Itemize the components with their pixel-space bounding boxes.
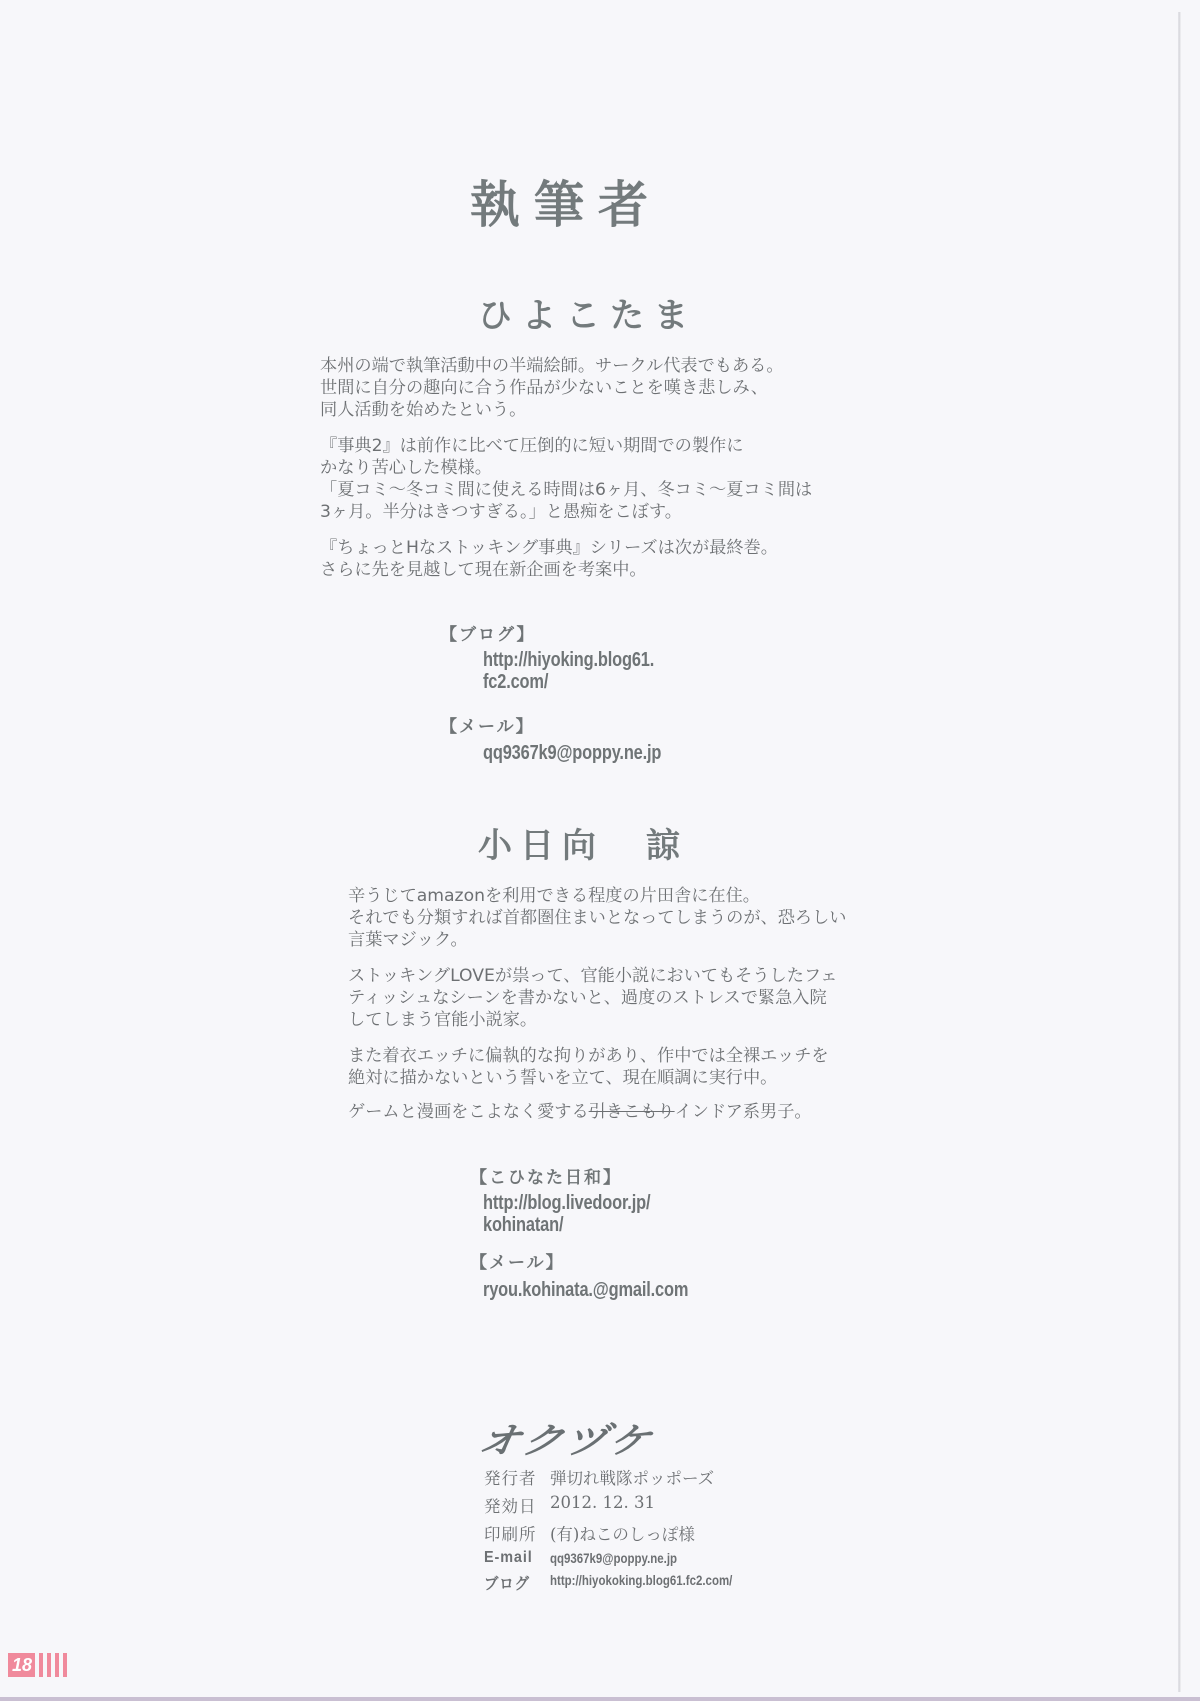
colophon-key: 発効日 [484, 1493, 540, 1517]
struck-text: 引きこもり [589, 1102, 675, 1122]
page-number-bar [63, 1653, 67, 1677]
author2-bio-last-paragraph: ゲームと漫画をこよなく愛する引きこもりインドア系男子。 [348, 1101, 928, 1123]
author2-bio-paragraph: また着衣エッチに偏執的な拘りがあり、作中では全裸エッチを 絶対に描かないという誓… [348, 1045, 928, 1089]
colophon: 発行者 弾切れ戦隊ポッポーズ 発効日 2012. 12. 31 印刷所 (有)ね… [484, 1465, 765, 1594]
colophon-row-publisher: 発行者 弾切れ戦隊ポッポーズ [484, 1465, 765, 1489]
author1-blog-link[interactable]: http://hiyoking.blog61. fc2.com/ [483, 649, 654, 693]
colophon-key: 印刷所 [484, 1521, 540, 1545]
author-name-hiyokotama: ひよこたま [478, 288, 698, 337]
colophon-value: (有)ねこのしっぽ様 [550, 1521, 695, 1545]
author1-blog-label: 【ブログ】 [440, 620, 536, 645]
author1-mail-label: 【メール】 [440, 712, 535, 737]
colophon-row-printer: 印刷所 (有)ねこのしっぽ様 [484, 1521, 765, 1545]
colophon-email-link[interactable]: qq9367k9@poppy.ne.jp [550, 1549, 677, 1567]
page-edge-right [1178, 12, 1181, 1692]
author1-bio-paragraph: 『ちょっとHなストッキング事典』シリーズは次が最終巻。 さらに先を見越して現在新… [320, 537, 880, 581]
author2-mail-link[interactable]: ryou.kohinata.@gmail.com [483, 1279, 688, 1301]
page-number-bar [47, 1653, 51, 1677]
author2-bio-paragraph: 辛うじてamazonを利用できる程度の片田舎に在住。 それでも分類すれば首都圏住… [348, 885, 928, 951]
page-number-bar [55, 1653, 59, 1677]
colophon-row-email: E-mail qq9367k9@poppy.ne.jp [484, 1549, 765, 1567]
author2-blog-link[interactable]: http://blog.livedoor.jp/ kohinatan/ [483, 1192, 650, 1236]
page-number-bar [39, 1653, 43, 1677]
author1-bio-paragraph: 『事典2』は前作に比べて圧倒的に短い期間での製作に かなり苦心した模様。 「夏コ… [320, 435, 880, 523]
author2-mail-label: 【メール】 [470, 1248, 565, 1273]
author1-bio-paragraph: 本州の端で執筆活動中の半端絵師。サークル代表でもある。 世間に自分の趣向に合う作… [320, 355, 880, 421]
colophon-key: ブログ [484, 1571, 534, 1594]
author1-mail-link[interactable]: qq9367k9@poppy.ne.jp [483, 742, 661, 764]
colophon-value: 弾切れ戦隊ポッポーズ [550, 1465, 714, 1489]
last-paragraph-after: インドア系男子。 [675, 1102, 812, 1122]
colophon-key: 発行者 [484, 1465, 540, 1489]
author-name-kohinata-ryou: 小日向 諒 [478, 818, 688, 867]
page-title: 執筆者 [470, 165, 662, 237]
author2-blog-label: 【こひなた日和】 [470, 1163, 622, 1188]
page-edge-bottom [0, 1697, 1200, 1701]
last-paragraph-before: ゲームと漫画をこよなく愛する [348, 1102, 589, 1122]
page-number: 18 [8, 1653, 67, 1677]
author2-bio-paragraph: ストッキングLOVEが祟って、官能小説においてもそうしたフェ ティッシュなシーン… [348, 965, 928, 1031]
colophon-key: E-mail [484, 1549, 534, 1567]
colophon-value: 2012. 12. 31 [550, 1493, 655, 1517]
page-number-value: 18 [8, 1653, 35, 1677]
colophon-row-blog: ブログ http://hiyokoking.blog61.fc2.com/ [484, 1571, 765, 1594]
colophon-blog-link[interactable]: http://hiyokoking.blog61.fc2.com/ [550, 1571, 732, 1594]
colophon-row-date: 発効日 2012. 12. 31 [484, 1493, 765, 1517]
colophon-logo: オクヅケ [475, 1413, 658, 1464]
